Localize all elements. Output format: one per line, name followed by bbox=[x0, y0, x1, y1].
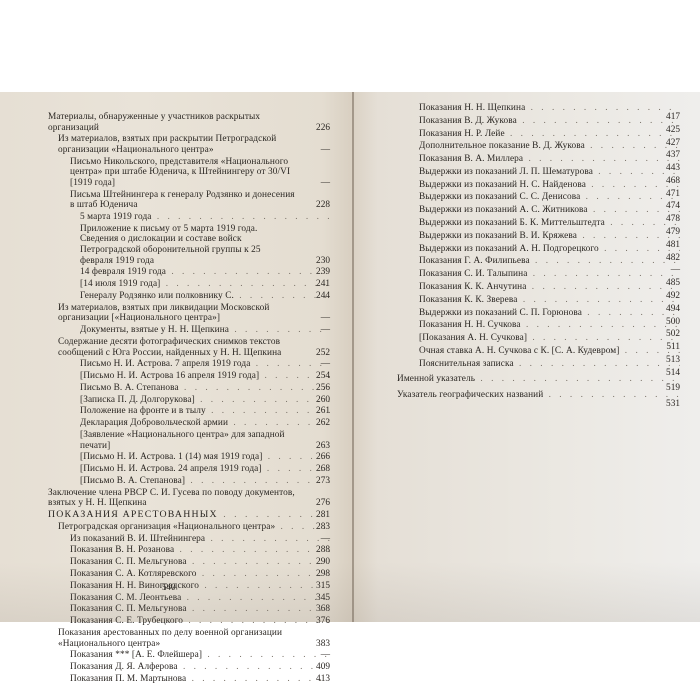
toc-entry: Показания В. Н. Розанова288 bbox=[48, 545, 330, 556]
toc-entry-title: Показания П. М. Мартынова bbox=[70, 674, 330, 685]
toc-page-number: — bbox=[300, 145, 330, 156]
toc-entry: Показания С. П. Мельгунова368 bbox=[48, 604, 330, 615]
toc-entry-title: Показания Н. Н. Щепкина bbox=[419, 103, 680, 114]
toc-entry-title: Показания арестованных по делу военной о… bbox=[58, 628, 330, 649]
toc-entry-title: [Письмо Н. И. Астрова. 1 (14) мая 1919 г… bbox=[80, 452, 330, 463]
toc-page-number: 256 bbox=[300, 383, 330, 394]
toc-entry: Показания С. Е. Трубецкого376 bbox=[48, 616, 330, 627]
toc-entry: Показания В. Д. Жукова425 bbox=[397, 116, 680, 127]
toc-page-number: 244 bbox=[300, 291, 330, 302]
toc-entry: Показания Н. Н. Щепкина417 bbox=[397, 103, 680, 114]
toc-entry-title: Из материалов, взятых при ликвидации Мос… bbox=[58, 303, 330, 324]
toc-entry: Генералу Родзянко или полковнику С.244 bbox=[48, 291, 330, 302]
toc-entry: Показания Н. Н. Сучкова502 bbox=[397, 320, 680, 331]
toc-entry: Приложение к письму от 5 марта 1919 года… bbox=[48, 224, 330, 266]
toc-entry-title: Положение на фронте и в тылу bbox=[80, 406, 330, 417]
toc-page-number: 262 bbox=[300, 418, 330, 429]
toc-page-number: 254 bbox=[300, 371, 330, 382]
page-number: 540 bbox=[162, 582, 176, 592]
toc-page-number: 368 bbox=[300, 604, 330, 615]
toc-entry: Показания *** [А. Е. Флейшера]— bbox=[48, 650, 330, 661]
toc-entry: Показания Н. Н. Виноградского315 bbox=[48, 581, 330, 592]
toc-page-number: 261 bbox=[300, 406, 330, 417]
toc-page-number: 283 bbox=[300, 522, 330, 533]
toc-entry: [Показания А. Н. Сучкова]511 bbox=[397, 333, 680, 344]
toc-page-number: 345 bbox=[300, 593, 330, 604]
toc-entry-title: 14 февраля 1919 года bbox=[80, 267, 330, 278]
toc-entry: Выдержки из показаний С. С. Денисова474 bbox=[397, 192, 680, 203]
toc-page-number: 266 bbox=[300, 452, 330, 463]
toc-entry-title: Показания Д. Я. Алферова bbox=[70, 662, 330, 673]
toc-entry-title: Показания С. А. Котляревского bbox=[70, 569, 330, 580]
toc-entry-title: 5 марта 1919 года bbox=[80, 212, 330, 223]
toc-entry: 14 февраля 1919 года239 bbox=[48, 267, 330, 278]
toc-page-number: 273 bbox=[300, 476, 330, 487]
toc-entry-title: [Записка П. Д. Долгорукова] bbox=[80, 395, 330, 406]
toc-entry-title: Выдержки из показаний В. И. Кряжева bbox=[419, 231, 680, 242]
open-book: Материалы, обнаруженные у участников рас… bbox=[0, 92, 700, 622]
toc-entry: Выдержки из показаний А. Н. Подгорецкого… bbox=[397, 244, 680, 255]
toc-entry-title: Дополнительное показание В. Д. Жукова bbox=[419, 141, 680, 152]
toc-entry: Письмо В. А. Степанова256 bbox=[48, 383, 330, 394]
toc-entry: Пояснительная записка514 bbox=[397, 359, 680, 370]
toc-page-number: 531 bbox=[650, 399, 680, 410]
toc-page-number: — bbox=[300, 650, 330, 661]
toc-entry-title: [Письмо Н. И. Астрова 16 апреля 1919 год… bbox=[80, 371, 330, 382]
toc-entry: [Письмо В. А. Степанова]273 bbox=[48, 476, 330, 487]
toc-entry: Из показаний В. И. Штейнингера— bbox=[48, 534, 330, 545]
toc-entry: Выдержки из показаний Б. К. Миттельштедт… bbox=[397, 218, 680, 229]
toc-entry: Из материалов, взятых при раскрытии Петр… bbox=[48, 134, 330, 155]
left-page: Материалы, обнаруженные у участников рас… bbox=[0, 92, 352, 622]
toc-page-number: 230 bbox=[300, 256, 330, 267]
toc-entry-title: Показания С. П. Мельгунова bbox=[70, 557, 330, 568]
toc-entry: [Письмо Н. И. Астрова 16 апреля 1919 год… bbox=[48, 371, 330, 382]
toc-page-number: 268 bbox=[300, 464, 330, 475]
toc-entry-title: Письмо Н. И. Астрова. 7 апреля 1919 года bbox=[80, 359, 330, 370]
toc-section-heading: ПОКАЗАНИЯ АРЕСТОВАННЫХ281 bbox=[48, 510, 330, 521]
toc-entry-title: Показания В. Д. Жукова bbox=[419, 116, 680, 127]
toc-entry: Именной указатель519 bbox=[397, 374, 680, 385]
toc-page-number: 298 bbox=[300, 569, 330, 580]
toc-page-number: 376 bbox=[300, 616, 330, 627]
toc-entry-title: ПОКАЗАНИЯ АРЕСТОВАННЫХ bbox=[48, 510, 330, 521]
toc-page-number: 281 bbox=[300, 510, 330, 521]
toc-entry: [Записка П. Д. Долгорукова]260 bbox=[48, 395, 330, 406]
toc-page-number: 239 bbox=[300, 267, 330, 278]
toc-entry-title: Генералу Родзянко или полковнику С. bbox=[80, 291, 330, 302]
toc-entry: Письмо Н. И. Астрова. 7 апреля 1919 года… bbox=[48, 359, 330, 370]
toc-entry-title: Выдержки из показаний А. С. Житникова bbox=[419, 205, 680, 216]
toc-entry: Положение на фронте и в тылу261 bbox=[48, 406, 330, 417]
toc-entry: Письма Штейнингера к генералу Родзянко и… bbox=[48, 190, 330, 211]
toc-entry-title: [Заявление «Национального центра» для за… bbox=[80, 430, 330, 451]
toc-entry-title: Показания *** [А. Е. Флейшера] bbox=[70, 650, 330, 661]
toc-entry-title: Выдержки из показаний Б. К. Миттельштедт… bbox=[419, 218, 680, 229]
toc-entry-title: Показания В. А. Миллера bbox=[419, 154, 680, 165]
toc-page-number: 260 bbox=[300, 395, 330, 406]
toc-entry-title: Показания С. И. Талыпина bbox=[419, 269, 680, 280]
toc-entry-title: [Письмо В. А. Степанова] bbox=[80, 476, 330, 487]
toc-page-number: 228 bbox=[300, 200, 330, 211]
toc-entry: Показания П. М. Мартынова413 bbox=[48, 674, 330, 685]
toc-entry-title: Показания Н. Н. Виноградского bbox=[70, 581, 330, 592]
toc-page-number: — bbox=[300, 534, 330, 545]
toc-entry: Показания Д. Я. Алферова409 bbox=[48, 662, 330, 673]
toc-entry-title: Письмо В. А. Степанова bbox=[80, 383, 330, 394]
toc-entry: Выдержки из показаний С. П. Горюнова500 bbox=[397, 308, 680, 319]
toc-entry: [Письмо Н. И. Астрова. 1 (14) мая 1919 г… bbox=[48, 452, 330, 463]
toc-entry-title: Именной указатель bbox=[397, 374, 680, 385]
toc-entry-title: Приложение к письму от 5 марта 1919 года… bbox=[80, 224, 330, 266]
toc-entry: Письмо Никольского, представителя «Нацио… bbox=[48, 157, 330, 189]
toc-page-number: 276 bbox=[300, 498, 330, 509]
toc-entry-title: Документы, взятые у Н. Н. Щепкина bbox=[80, 325, 330, 336]
toc-entry: [Заявление «Национального центра» для за… bbox=[48, 430, 330, 451]
toc-page-number: — bbox=[300, 359, 330, 370]
toc-entry: Показания С. М. Леонтьева345 bbox=[48, 593, 330, 604]
toc-entry-title: Показания К. К. Анчутина bbox=[419, 282, 680, 293]
toc-entry-title: Петроградская организация «Национального… bbox=[58, 522, 330, 533]
toc-entry: [Письмо Н. И. Астрова. 24 апреля 1919 го… bbox=[48, 464, 330, 475]
toc-entry-title: Выдержки из показаний Л. П. Шематурова bbox=[419, 167, 680, 178]
toc-page-number: 252 bbox=[300, 348, 330, 359]
toc-entry: Показания К. К. Анчутина492 bbox=[397, 282, 680, 293]
right-page: Показания Н. Н. Щепкина417Показания В. Д… bbox=[354, 92, 700, 622]
toc-entry: Указатель географических названий531 bbox=[397, 390, 680, 401]
toc-entry: Показания Н. Р. Лейе427 bbox=[397, 129, 680, 140]
toc-entry: Петроградская организация «Национального… bbox=[48, 522, 330, 533]
toc-entry: Заключение члена РВСР С. И. Гусева по по… bbox=[48, 488, 330, 509]
toc-entry-title: Выдержки из показаний А. Н. Подгорецкого bbox=[419, 244, 680, 255]
toc-list-right: Показания Н. Н. Щепкина417Показания В. Д… bbox=[397, 103, 680, 403]
toc-entry: Выдержки из показаний Н. С. Найденова471 bbox=[397, 180, 680, 191]
toc-entry-title: Показания С. М. Леонтьева bbox=[70, 593, 330, 604]
toc-entry-title: Показания С. П. Мельгунова bbox=[70, 604, 330, 615]
toc-entry: Показания С. И. Талыпина485 bbox=[397, 269, 680, 280]
toc-entry-title: Из показаний В. И. Штейнингера bbox=[70, 534, 330, 545]
toc-entry-title: Пояснительная записка bbox=[419, 359, 680, 370]
toc-entry-title: Очная ставка А. Н. Сучкова с К. [С. А. К… bbox=[419, 346, 680, 357]
toc-page-number: 315 bbox=[300, 581, 330, 592]
toc-entry: Показания арестованных по делу военной о… bbox=[48, 628, 330, 649]
toc-entry-title: Показания В. Н. Розанова bbox=[70, 545, 330, 556]
toc-entry-title: Выдержки из показаний С. П. Горюнова bbox=[419, 308, 680, 319]
toc-page-number: 413 bbox=[300, 674, 330, 685]
toc-entry: Показания С. П. Мельгунова290 bbox=[48, 557, 330, 568]
toc-entry-title: [Письмо Н. И. Астрова. 24 апреля 1919 го… bbox=[80, 464, 330, 475]
toc-list-left: Материалы, обнаруженные у участников рас… bbox=[48, 112, 330, 686]
toc-entry: Материалы, обнаруженные у участников рас… bbox=[48, 112, 330, 133]
toc-entry: Содержание десяти фотографических снимко… bbox=[48, 337, 330, 358]
toc-entry-title: Заключение члена РВСР С. И. Гусева по по… bbox=[48, 488, 330, 509]
toc-entry: [14 июля 1919 года]241 bbox=[48, 279, 330, 290]
toc-entry: Показания К. К. Зверева494 bbox=[397, 295, 680, 306]
toc-entry-title: Из материалов, взятых при раскрытии Петр… bbox=[58, 134, 330, 155]
toc-entry-title: Материалы, обнаруженные у участников рас… bbox=[48, 112, 330, 133]
toc-entry-title: Показания К. К. Зверева bbox=[419, 295, 680, 306]
toc-entry: 5 марта 1919 года bbox=[48, 212, 330, 223]
toc-page-number: — bbox=[300, 178, 330, 189]
toc-entry: Из материалов, взятых при ликвидации Мос… bbox=[48, 303, 330, 324]
toc-entry-title: Указатель географических названий bbox=[397, 390, 680, 401]
toc-entry-title: Выдержки из показаний С. С. Денисова bbox=[419, 192, 680, 203]
toc-entry: Показания Г. А. Филипьева— bbox=[397, 256, 680, 267]
toc-page-number: 263 bbox=[300, 441, 330, 452]
toc-entry-title: Показания Н. Н. Сучкова bbox=[419, 320, 680, 331]
toc-entry-title: Выдержки из показаний Н. С. Найденова bbox=[419, 180, 680, 191]
toc-entry: Показания С. А. Котляревского298 bbox=[48, 569, 330, 580]
toc-entry: Выдержки из показаний Л. П. Шематурова46… bbox=[397, 167, 680, 178]
toc-entry: Выдержки из показаний А. С. Житникова478 bbox=[397, 205, 680, 216]
toc-entry-title: Показания Н. Р. Лейе bbox=[419, 129, 680, 140]
toc-entry-title: Показания С. Е. Трубецкого bbox=[70, 616, 330, 627]
toc-entry: Очная ставка А. Н. Сучкова с К. [С. А. К… bbox=[397, 346, 680, 357]
toc-entry-title: [14 июля 1919 года] bbox=[80, 279, 330, 290]
toc-entry: Показания В. А. Миллера443 bbox=[397, 154, 680, 165]
toc-entry-title: [Показания А. Н. Сучкова] bbox=[419, 333, 680, 344]
toc-entry-title: Содержание десяти фотографических снимко… bbox=[58, 337, 330, 358]
toc-entry-title: Декларация Добровольческой армии bbox=[80, 418, 330, 429]
toc-page-number: 288 bbox=[300, 545, 330, 556]
toc-entry: Дополнительное показание В. Д. Жукова437 bbox=[397, 141, 680, 152]
toc-page-number: 241 bbox=[300, 279, 330, 290]
toc-page-number: 226 bbox=[300, 123, 330, 134]
toc-entry: Декларация Добровольческой армии262 bbox=[48, 418, 330, 429]
toc-page-number: 290 bbox=[300, 557, 330, 568]
toc-page-number: — bbox=[300, 325, 330, 336]
toc-page-number: 383 bbox=[300, 639, 330, 650]
toc-page-number: 409 bbox=[300, 662, 330, 673]
toc-entry: Выдержки из показаний В. И. Кряжева481 bbox=[397, 231, 680, 242]
toc-entry: Документы, взятые у Н. Н. Щепкина— bbox=[48, 325, 330, 336]
toc-entry-title: Показания Г. А. Филипьева bbox=[419, 256, 680, 267]
toc-entry-title: Письмо Никольского, представителя «Нацио… bbox=[70, 157, 330, 189]
toc-entry-title: Письма Штейнингера к генералу Родзянко и… bbox=[70, 190, 330, 211]
toc-page-number: — bbox=[300, 313, 330, 324]
